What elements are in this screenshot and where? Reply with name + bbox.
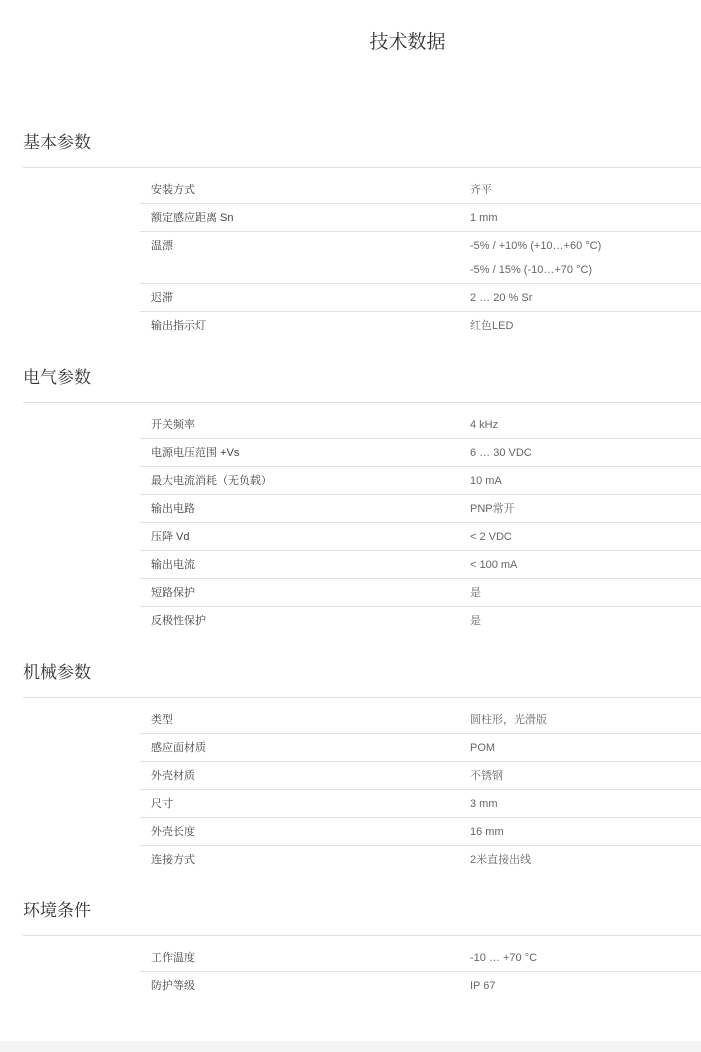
spec-value: 不锈钢 [470, 762, 701, 786]
spec-value: 是 [470, 607, 701, 631]
section-title: 机械参数 [23, 663, 91, 683]
spec-row: 类型 圆柱形，光滑版 [140, 706, 701, 734]
spec-label: 外壳长度 [151, 818, 195, 846]
spec-row: 工作温度 -10 … +70 °C [140, 944, 701, 972]
section-title: 电气参数 [23, 368, 91, 388]
spec-value: 4 kHz [470, 411, 701, 435]
spec-value: 6 … 30 VDC [470, 439, 701, 463]
spec-label: 连接方式 [151, 846, 195, 874]
spec-label: 迟滞 [151, 284, 173, 312]
section-divider [23, 167, 701, 168]
spec-value: -10 … +70 °C [470, 944, 701, 968]
spec-label: 温漂 [151, 232, 173, 260]
spec-label: 短路保护 [151, 579, 195, 607]
spec-row: 最大电流消耗（无负载） 10 mA [140, 467, 701, 495]
spec-table: 安装方式 齐平 额定感应距离 Sn 1 mm 温漂 -5% / +10% (+1… [140, 176, 701, 340]
spec-value: 2米直接出线 [470, 846, 701, 870]
section-divider [23, 697, 701, 698]
spec-value: 是 [470, 579, 701, 603]
footer-band [0, 1041, 701, 1052]
spec-value: 10 mA [470, 467, 701, 491]
spec-row: 安装方式 齐平 [140, 176, 701, 204]
spec-value: < 100 mA [470, 551, 701, 575]
spec-label: 最大电流消耗（无负载） [151, 467, 272, 495]
spec-row: 压降 Vd < 2 VDC [140, 523, 701, 551]
spec-row: 输出电路 PNP常开 [140, 495, 701, 523]
spec-label: 防护等级 [151, 972, 195, 1000]
spec-table: 类型 圆柱形，光滑版 感应面材质 POM 外壳材质 不锈钢 尺寸 3 mm 外壳… [140, 706, 701, 874]
spec-row: 防护等级 IP 67 [140, 972, 701, 1000]
spec-label: 安装方式 [151, 176, 195, 204]
spec-row: 温漂 -5% / +10% (+10…+60 °C) -5% / 15% (-1… [140, 232, 701, 284]
spec-value: -5% / +10% (+10…+60 °C) [470, 232, 701, 256]
spec-row: 尺寸 3 mm [140, 790, 701, 818]
spec-label: 电源电压范围 +Vs [151, 439, 239, 467]
section-divider [23, 402, 701, 403]
spec-row: 反极性保护 是 [140, 607, 701, 635]
spec-label: 反极性保护 [151, 607, 206, 635]
spec-value: 1 mm [470, 204, 701, 228]
page-title: 技术数据 [0, 27, 701, 54]
spec-row: 开关频率 4 kHz [140, 411, 701, 439]
spec-value: < 2 VDC [470, 523, 701, 547]
spec-row: 短路保护 是 [140, 579, 701, 607]
section-divider [23, 935, 701, 936]
spec-label: 额定感应距离 Sn [151, 204, 234, 232]
spec-label: 压降 Vd [151, 523, 190, 551]
spec-value: PNP常开 [470, 495, 701, 519]
spec-label: 输出电流 [151, 551, 195, 579]
spec-row: 感应面材质 POM [140, 734, 701, 762]
spec-label: 输出电路 [151, 495, 195, 523]
spec-row: 外壳长度 16 mm [140, 818, 701, 846]
spec-label: 输出指示灯 [151, 312, 206, 340]
spec-value: 2 … 20 % Sr [470, 284, 701, 308]
spec-table: 开关频率 4 kHz 电源电压范围 +Vs 6 … 30 VDC 最大电流消耗（… [140, 411, 701, 635]
spec-value: 16 mm [470, 818, 701, 842]
spec-label: 开关频率 [151, 411, 195, 439]
spec-value: 3 mm [470, 790, 701, 814]
spec-value: POM [470, 734, 701, 758]
spec-table: 工作温度 -10 … +70 °C 防护等级 IP 67 [140, 944, 701, 1000]
section-title: 环境条件 [23, 901, 91, 921]
spec-label: 工作温度 [151, 944, 195, 972]
spec-label: 类型 [151, 706, 173, 734]
spec-row: 输出指示灯 红色LED [140, 312, 701, 340]
spec-label: 感应面材质 [151, 734, 206, 762]
section-title: 基本参数 [23, 133, 91, 153]
spec-row: 迟滞 2 … 20 % Sr [140, 284, 701, 312]
spec-row: 外壳材质 不锈钢 [140, 762, 701, 790]
spec-value: 圆柱形，光滑版 [470, 706, 701, 730]
spec-row: 电源电压范围 +Vs 6 … 30 VDC [140, 439, 701, 467]
spec-row: 输出电流 < 100 mA [140, 551, 701, 579]
spec-value: IP 67 [470, 972, 701, 996]
spec-row: 额定感应距离 Sn 1 mm [140, 204, 701, 232]
spec-label: 尺寸 [151, 790, 173, 818]
spec-row: 连接方式 2米直接出线 [140, 846, 701, 874]
spec-value: -5% / 15% (-10…+70 °C) [470, 256, 701, 280]
spec-value: 红色LED [470, 312, 701, 336]
spec-label: 外壳材质 [151, 762, 195, 790]
spec-value: 齐平 [470, 176, 701, 200]
